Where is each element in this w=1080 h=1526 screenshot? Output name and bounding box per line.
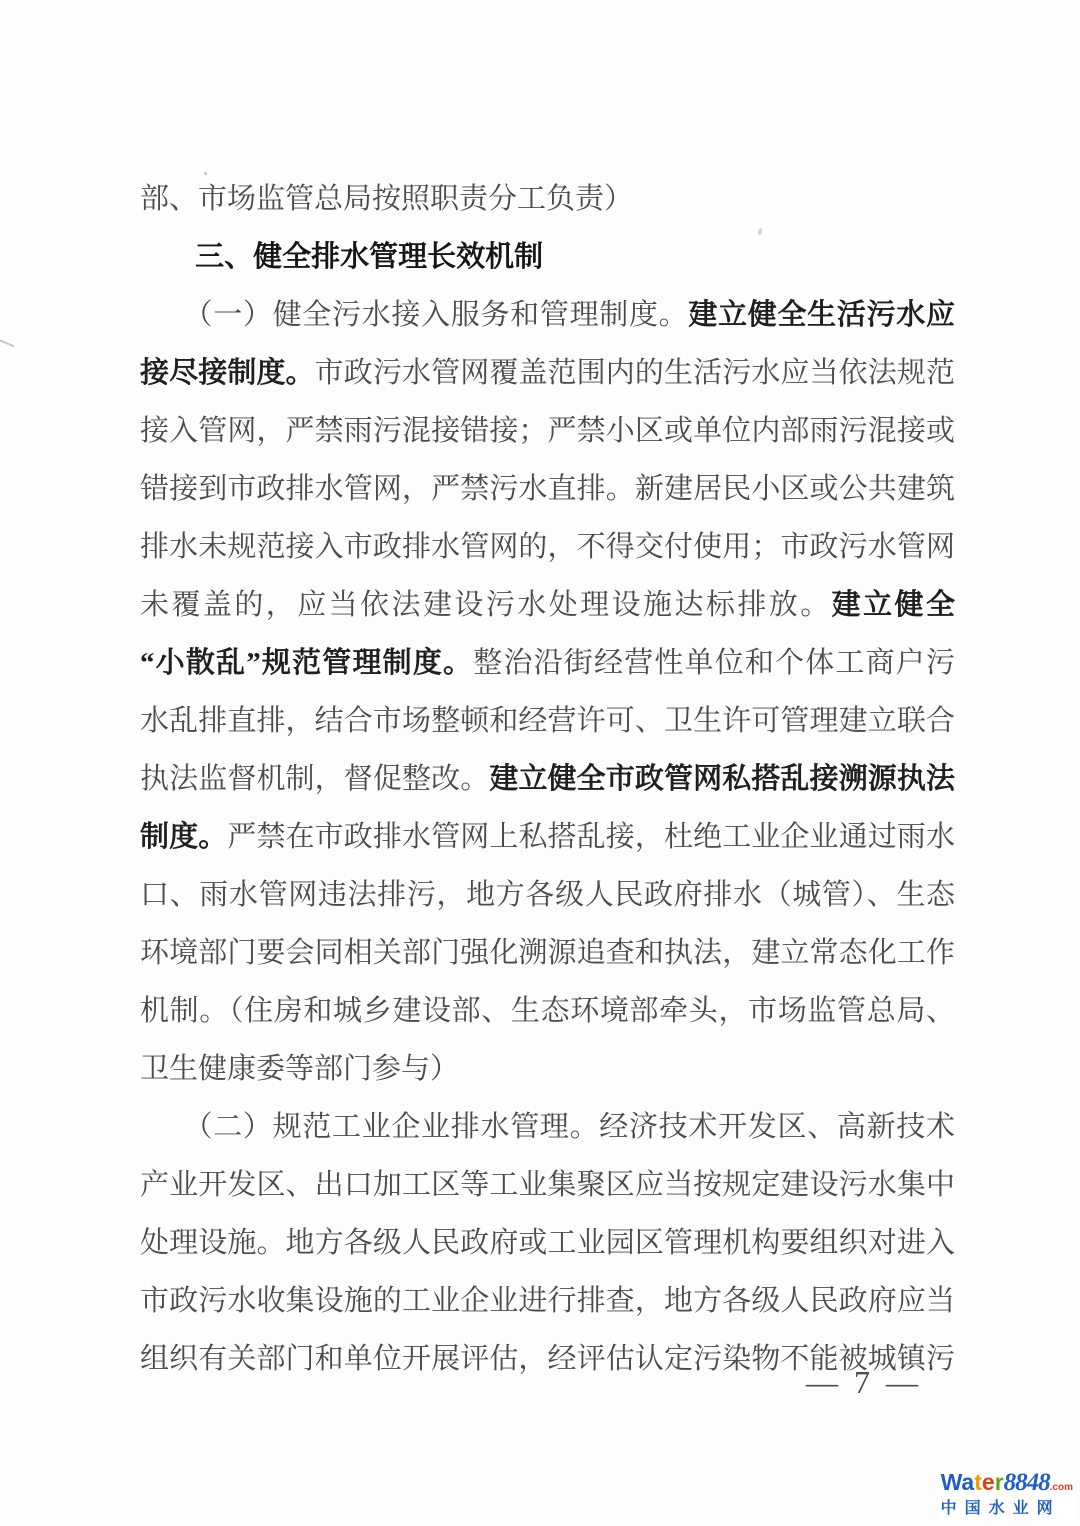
document-page: 部、市场监管总局按照职责分工负责）三、健全排水管理长效机制（一）健全污水接入服务… (0, 0, 1080, 1526)
text-line: 水乱排直排，结合市场整顿和经营许可、卫生许可管理建立联合 (140, 692, 955, 750)
document-body: 部、市场监管总局按照职责分工负责）三、健全排水管理长效机制（一）健全污水接入服务… (140, 170, 955, 1388)
scan-smudge-artifact (0, 339, 15, 348)
text-line: 产业开发区、出口加工区等工业集聚区应当按规定建设污水集中 (140, 1156, 955, 1214)
text-line: 处理设施。地方各级人民政府或工业园区管理机构要组织对进入 (140, 1214, 955, 1272)
text-line: 市政污水收集设施的工业企业进行排查，地方各级人民政府应当 (140, 1272, 955, 1330)
text-line: 未覆盖的，应当依法建设污水处理设施达标排放。建立健全 (140, 576, 955, 634)
text-line: （二）规范工业企业排水管理。经济技术开发区、高新技术 (140, 1098, 955, 1156)
text-run: 错接到市政排水管网，严禁污水直排。新建居民小区或公共建筑 (140, 473, 955, 505)
text-line: 制度。严禁在市政排水管网上私搭乱接，杜绝工业企业通过雨水 (140, 808, 955, 866)
water8848-logo: Water8848.com 中国水业网 (939, 1470, 1075, 1520)
text-line: 卫生健康委等部门参与） (140, 1040, 955, 1098)
logo-tld: .com (1050, 1482, 1073, 1493)
text-run: （一）健全污水接入服务和管理制度。 (184, 299, 689, 331)
bold-text-run: 接尽接制度。 (140, 357, 315, 389)
bold-text-run: 建立健全市政管网私搭乱接溯源执法 (489, 763, 955, 795)
bold-text-run: “小散乱”规范管理制度。 (140, 647, 473, 679)
logo-word: Water (941, 1469, 1004, 1495)
text-line: （一）健全污水接入服务和管理制度。建立健全生活污水应 (140, 286, 955, 344)
text-run: 口、雨水管网违法排污，地方各级人民政府排水（城管）、生态 (140, 879, 955, 911)
text-run: 整治沿街经营性单位和个体工商户污 (473, 647, 955, 679)
text-run: 部、市场监管总局按照职责分工负责） (140, 183, 633, 215)
text-run: （二）规范工业企业排水管理。经济技术开发区、高新技术 (184, 1111, 956, 1143)
bold-text-run: 制度。 (140, 821, 227, 853)
text-run: 严禁在市政排水管网上私搭乱接，杜绝工业企业通过雨水 (227, 821, 955, 853)
logo-letter: t (974, 1469, 982, 1495)
text-line: “小散乱”规范管理制度。整治沿街经营性单位和个体工商户污 (140, 634, 955, 692)
text-run: 执法监督机制，督促整改。 (140, 763, 489, 795)
bold-text-run: 建立健全生活污水应 (688, 299, 955, 331)
logo-letter: r (995, 1469, 1004, 1495)
text-run: 环境部门要会同相关部门强化溯源追查和执法，建立常态化工作 (140, 937, 955, 969)
text-run: 水乱排直排，结合市场整顿和经营许可、卫生许可管理建立联合 (140, 705, 955, 737)
text-line: 排水未规范接入市政排水管网的，不得交付使用；市政污水管网 (140, 518, 955, 576)
text-line: 接入管网，严禁雨污混接错接；严禁小区或单位内部雨污混接或 (140, 402, 955, 460)
text-run: 接入管网，严禁雨污混接错接；严禁小区或单位内部雨污混接或 (140, 415, 955, 447)
text-run: 市政污水管网覆盖范围内的生活污水应当依法规范 (315, 357, 955, 389)
text-run: 未覆盖的，应当依法建设污水处理设施达标排放。 (140, 589, 832, 621)
logo-letter: Wa (941, 1469, 975, 1495)
logo-letter: e (982, 1469, 995, 1495)
page-number: — 7 — (806, 1362, 922, 1402)
text-run: 市政污水收集设施的工业企业进行排查，地方各级人民政府应当 (140, 1285, 955, 1317)
text-run: 产业开发区、出口加工区等工业集聚区应当按规定建设污水集中 (140, 1169, 955, 1201)
logo-chinese-name: 中国水业网 (941, 1499, 1073, 1519)
logo-wordmark: Water8848.com (941, 1471, 1073, 1499)
text-line: 错接到市政排水管网，严禁污水直排。新建居民小区或公共建筑 (140, 460, 955, 518)
text-run: 卫生健康委等部门参与） (140, 1053, 459, 1085)
bold-text-run: 三、健全排水管理长效机制 (195, 241, 543, 273)
bold-text-run: 建立健全 (832, 589, 955, 621)
logo-number: 8848 (1004, 1469, 1050, 1496)
text-line: 机制。（住房和城乡建设部、生态环境部牵头，市场监管总局、 (140, 982, 955, 1040)
text-line: 接尽接制度。市政污水管网覆盖范围内的生活污水应当依法规范 (140, 344, 955, 402)
section-heading: 三、健全排水管理长效机制 (140, 228, 955, 286)
text-run: 机制。（住房和城乡建设部、生态环境部牵头，市场监管总局、 (140, 995, 955, 1027)
text-line: 环境部门要会同相关部门强化溯源追查和执法，建立常态化工作 (140, 924, 955, 982)
text-run: 排水未规范接入市政排水管网的，不得交付使用；市政污水管网 (140, 531, 955, 563)
document-lines: 部、市场监管总局按照职责分工负责）三、健全排水管理长效机制（一）健全污水接入服务… (140, 170, 955, 1388)
text-line: 执法监督机制，督促整改。建立健全市政管网私搭乱接溯源执法 (140, 750, 955, 808)
text-run: 处理设施。地方各级人民政府或工业园区管理机构要组织对进入 (140, 1227, 955, 1259)
text-line: 部、市场监管总局按照职责分工负责） (140, 170, 955, 228)
text-line: 口、雨水管网违法排污，地方各级人民政府排水（城管）、生态 (140, 866, 955, 924)
